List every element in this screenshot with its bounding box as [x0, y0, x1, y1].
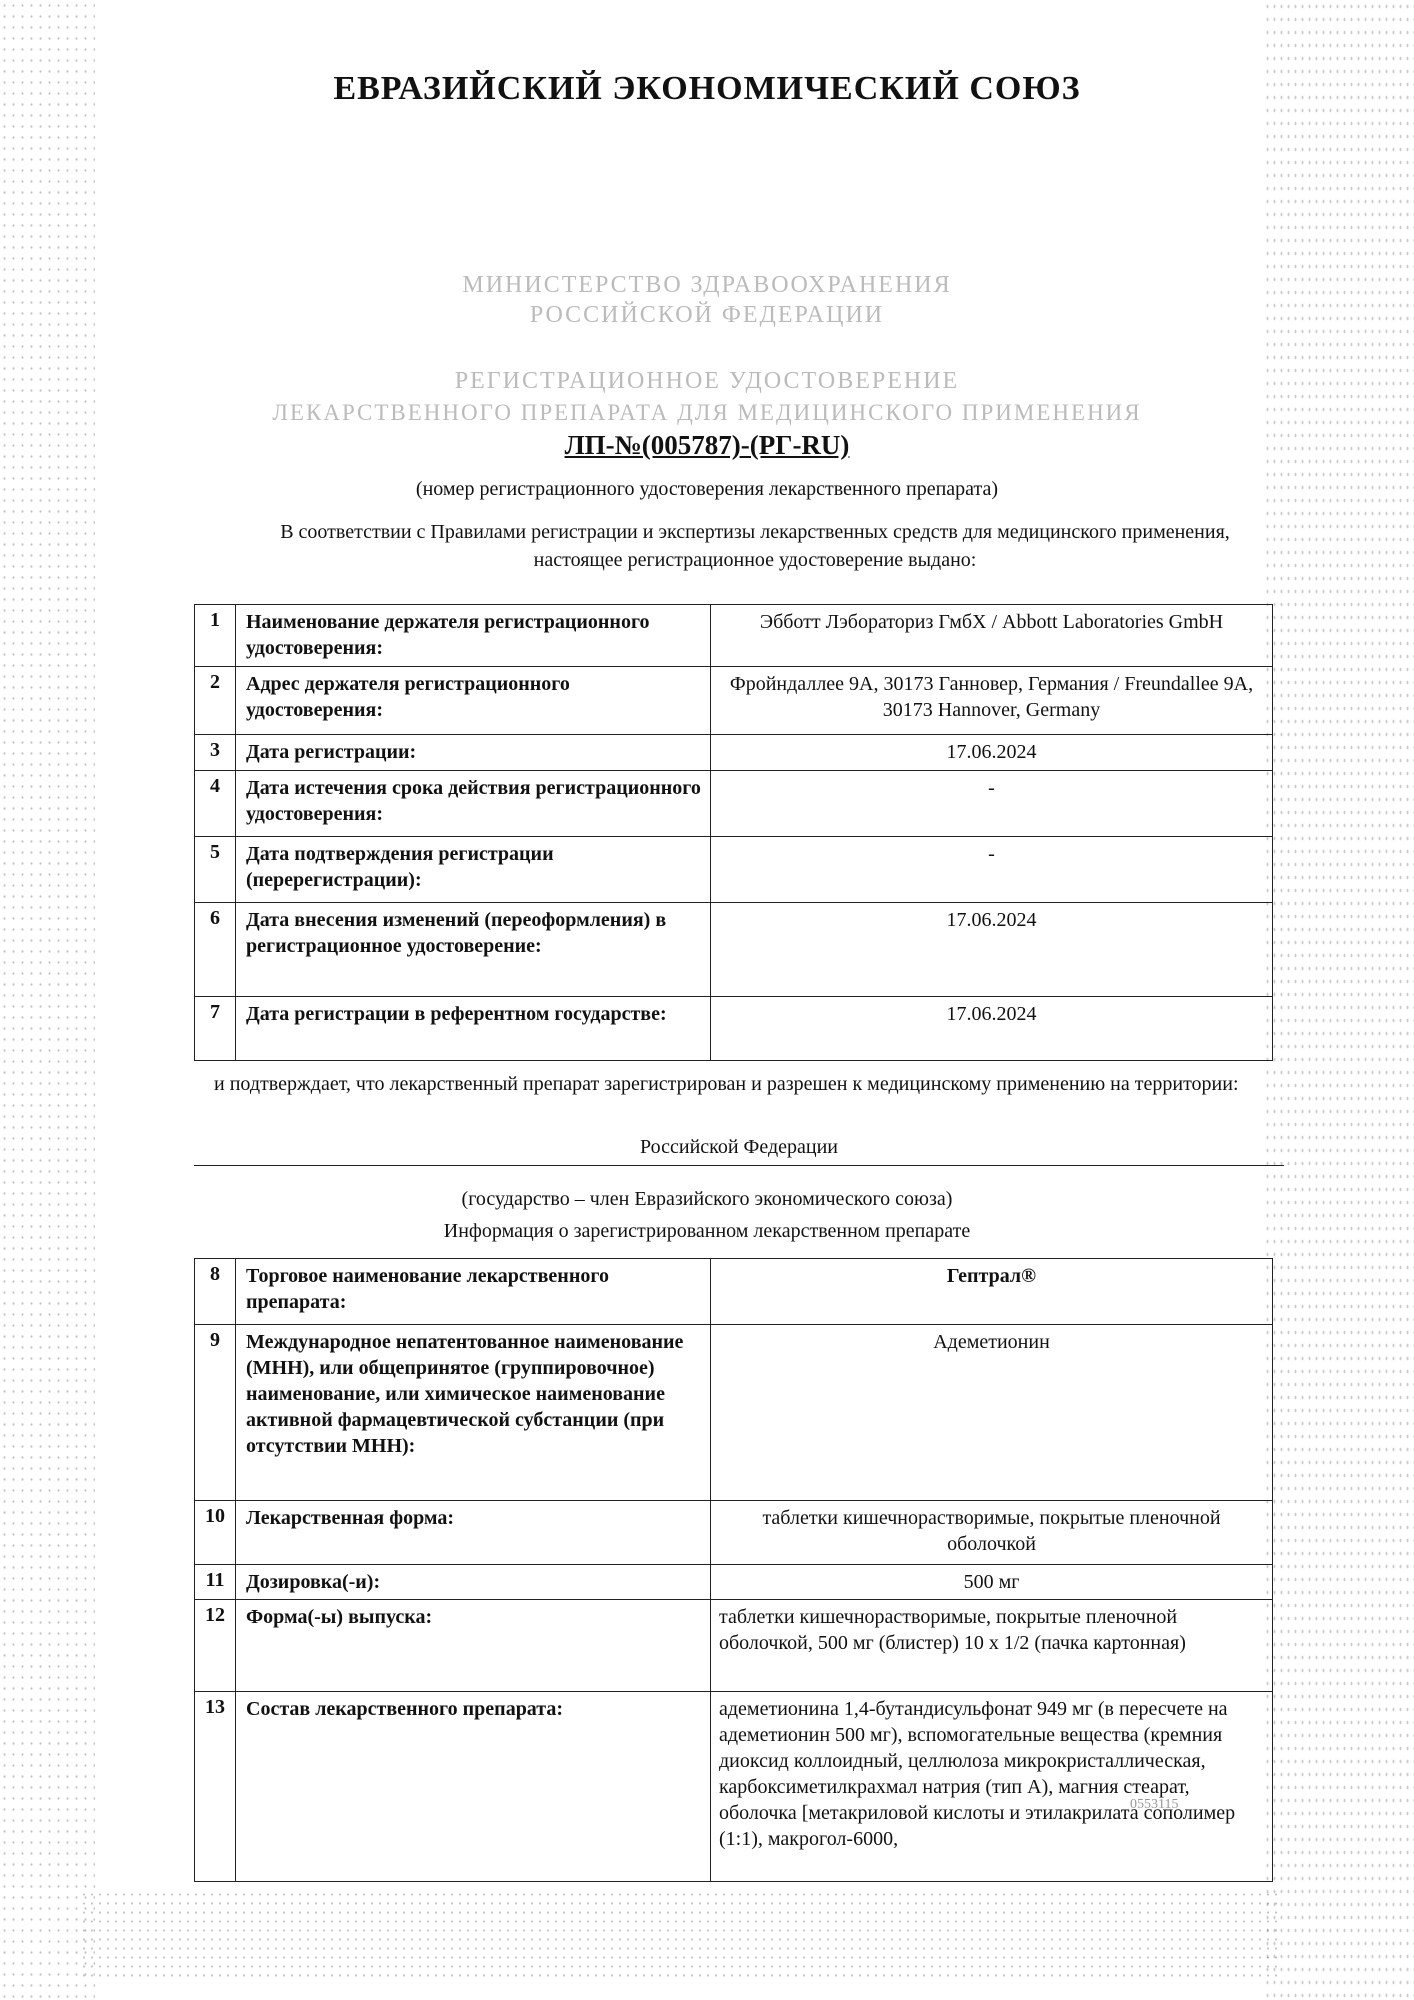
row-label: Лекарственная форма: — [236, 1501, 711, 1565]
row-number: 3 — [195, 735, 236, 771]
registration-number: ЛП-№(005787)-(РГ-RU) — [0, 430, 1414, 461]
table-row: 10 Лекарственная форма: таблетки кишечно… — [195, 1501, 1273, 1565]
row-label: Форма(-ы) выпуска: — [236, 1600, 711, 1692]
row-value: - — [711, 771, 1273, 837]
table-row: 5 Дата подтверждения регистрации (перере… — [195, 837, 1273, 903]
row-number: 1 — [195, 605, 236, 667]
row-label: Дозировка(-и): — [236, 1565, 711, 1600]
row-value: Эбботт Лэбораториз ГмбХ / Abbott Laborat… — [711, 605, 1273, 667]
row-number: 5 — [195, 837, 236, 903]
row-value: адеметионина 1,4-бутандисульфонат 949 мг… — [711, 1692, 1273, 1882]
row-number: 8 — [195, 1259, 236, 1325]
row-number: 11 — [195, 1565, 236, 1600]
table-row: 2 Адрес держателя регистрационного удост… — [195, 667, 1273, 735]
territory-name: Российской Федерации — [194, 1136, 1284, 1166]
faded-ministry-line-2: РОССИЙСКОЙ ФЕДЕРАЦИИ — [0, 302, 1414, 329]
row-value: таблетки кишечнорастворимые, покрытые пл… — [711, 1501, 1273, 1565]
drug-info-heading: Информация о зарегистрированном лекарств… — [0, 1220, 1414, 1243]
row-value: 17.06.2024 — [711, 997, 1273, 1061]
row-number: 12 — [195, 1600, 236, 1692]
row-label: Адрес держателя регистрационного удостов… — [236, 667, 711, 735]
scan-noise-left — [0, 0, 95, 2000]
document-title: ЕВРАЗИЙСКИЙ ЭКОНОМИЧЕСКИЙ СОЮЗ — [0, 70, 1414, 108]
row-number: 4 — [195, 771, 236, 837]
holder-info-table: 1 Наименование держателя регистрационног… — [194, 604, 1273, 1061]
intro-paragraph: В соответствии с Правилами регистрации и… — [250, 518, 1260, 574]
row-label: Дата внесения изменений (переоформления)… — [236, 903, 711, 997]
row-label: Наименование держателя регистрационного … — [236, 605, 711, 667]
row-value: 500 мг — [711, 1565, 1273, 1600]
row-value: Фройндаллее 9А, 30173 Ганновер, Германия… — [711, 667, 1273, 735]
row-number: 7 — [195, 997, 236, 1061]
row-value: Гептрал® — [711, 1259, 1273, 1325]
row-label: Дата подтверждения регистрации (перереги… — [236, 837, 711, 903]
table-row: 13 Состав лекарственного препарата: адем… — [195, 1692, 1273, 1882]
stamp-mark: 0553115 — [1130, 1797, 1178, 1813]
row-number: 6 — [195, 903, 236, 997]
table-row: 7 Дата регистрации в референтном государ… — [195, 997, 1273, 1061]
faded-certificate-line-1: РЕГИСТРАЦИОННОЕ УДОСТОВЕРЕНИЕ — [0, 368, 1414, 395]
row-number: 2 — [195, 667, 236, 735]
table-row: 8 Торговое наименование лекарственного п… — [195, 1259, 1273, 1325]
table-row: 3 Дата регистрации: 17.06.2024 — [195, 735, 1273, 771]
table-row: 6 Дата внесения изменений (переоформлени… — [195, 903, 1273, 997]
row-number: 10 — [195, 1501, 236, 1565]
drug-info-table: 8 Торговое наименование лекарственного п… — [194, 1258, 1273, 1882]
table-row: 12 Форма(-ы) выпуска: таблетки кишечнора… — [195, 1600, 1273, 1692]
faded-ministry-line-1: МИНИСТЕРСТВО ЗДРАВООХРАНЕНИЯ — [0, 272, 1414, 299]
row-number: 13 — [195, 1692, 236, 1882]
row-label: Торговое наименование лекарственного пре… — [236, 1259, 711, 1325]
row-value: таблетки кишечнорастворимые, покрытые пл… — [711, 1600, 1273, 1692]
confirmation-paragraph: и подтверждает, что лекарственный препар… — [214, 1070, 1274, 1098]
row-label: Дата истечения срока действия регистраци… — [236, 771, 711, 837]
row-value: Адеметионин — [711, 1325, 1273, 1501]
registration-number-caption: (номер регистрационного удостоверения ле… — [0, 478, 1414, 501]
row-label: Дата регистрации в референтном государст… — [236, 997, 711, 1061]
faded-certificate-line-2: ЛЕКАРСТВЕННОГО ПРЕПАРАТА ДЛЯ МЕДИЦИНСКОГ… — [0, 400, 1414, 426]
territory-caption: (государство – член Евразийского экономи… — [0, 1188, 1414, 1211]
scan-noise-bottom — [80, 1890, 1280, 1980]
row-number: 9 — [195, 1325, 236, 1501]
row-value: 17.06.2024 — [711, 903, 1273, 997]
table-row: 4 Дата истечения срока действия регистра… — [195, 771, 1273, 837]
row-label: Международное непатентованное наименован… — [236, 1325, 711, 1501]
row-value: 17.06.2024 — [711, 735, 1273, 771]
row-label: Состав лекарственного препарата: — [236, 1692, 711, 1882]
table-row: 9 Международное непатентованное наименов… — [195, 1325, 1273, 1501]
row-label: Дата регистрации: — [236, 735, 711, 771]
table-row: 11 Дозировка(-и): 500 мг — [195, 1565, 1273, 1600]
table-row: 1 Наименование держателя регистрационног… — [195, 605, 1273, 667]
scan-noise-right — [1264, 0, 1414, 2000]
row-value: - — [711, 837, 1273, 903]
